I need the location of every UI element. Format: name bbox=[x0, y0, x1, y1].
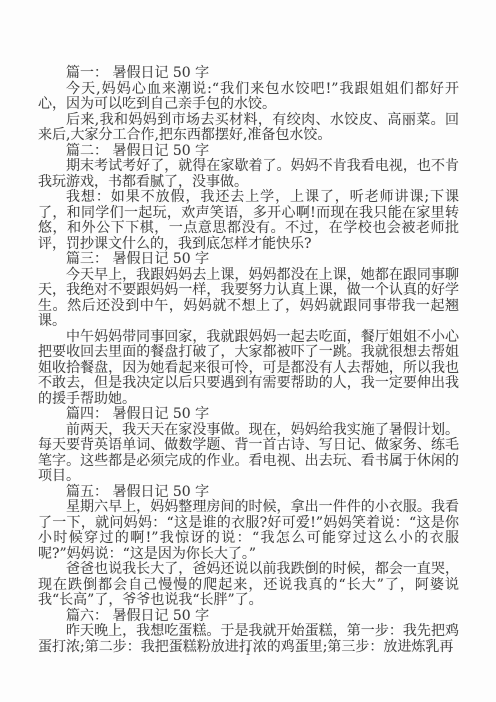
entry-paragraph: 前两天，我天天在家没事做。现在，妈妈给我实施了暑假计划。每天要背英语单词、做数学… bbox=[38, 423, 459, 485]
entry-paragraph: 期末考试考好了，就得在家歇着了。妈妈不肯我看电视，也不肯我玩游戏，书都看腻了，没… bbox=[38, 159, 459, 190]
diary-entry-3: 篇三： 暑假日记 50 字 今天早上，我跟妈妈去上课，妈妈都没在上课，她都在跟同… bbox=[38, 252, 459, 407]
entry-title: 篇二： 暑假日记 50 字 bbox=[38, 144, 459, 160]
entry-paragraph: 我想：如果不放假，我还去上学，上课了，听老师讲课;下课了，和同学们一起玩，欢声笑… bbox=[38, 190, 459, 252]
diary-entry-1: 篇一： 暑假日记 50 字 今天,妈妈心血来潮说:“我们来包水饺吧!”我跟姐姐们… bbox=[38, 66, 459, 144]
entry-title: 篇一： 暑假日记 50 字 bbox=[38, 66, 459, 82]
entry-title: 篇六： 暑假日记 50 字 bbox=[38, 609, 459, 625]
entry-paragraph: 后来,我和妈妈到市场去买材料，有绞肉、水饺皮、高丽菜。回来后,大家分工合作,把东… bbox=[38, 113, 459, 144]
document-page: 篇一： 暑假日记 50 字 今天,妈妈心血来潮说:“我们来包水饺吧!”我跟姐姐们… bbox=[0, 0, 496, 702]
entry-title: 篇三： 暑假日记 50 字 bbox=[38, 252, 459, 268]
diary-entry-4: 篇四： 暑假日记 50 字 前两天，我天天在家没事做。现在，妈妈给我实施了暑假计… bbox=[38, 407, 459, 485]
entry-paragraph: 今天早上，我跟妈妈去上课，妈妈都没在上课，她都在跟同事聊天，我绝对不要跟妈妈一样… bbox=[38, 268, 459, 330]
entry-paragraph: 中午妈妈带同事回家，我就跟妈妈一起去吃面，餐厅姐姐不小心把要收回去里面的餐盘打破… bbox=[38, 330, 459, 408]
entry-paragraph: 今天,妈妈心血来潮说:“我们来包水饺吧!”我跟姐姐们都好开心，因为可以吃到自己亲… bbox=[38, 82, 459, 113]
page-number: 1 bbox=[0, 648, 496, 658]
entry-title: 篇五： 暑假日记 50 字 bbox=[38, 485, 459, 501]
diary-entry-5: 篇五： 暑假日记 50 字 星期六早上，妈妈整理房间的时候，拿出一件件的小衣服。… bbox=[38, 485, 459, 609]
entry-paragraph: 星期六早上，妈妈整理房间的时候，拿出一件件的小衣服。我看了一下，就问妈妈：“这是… bbox=[38, 500, 459, 562]
document-body: 篇一： 暑假日记 50 字 今天,妈妈心血来潮说:“我们来包水饺吧!”我跟姐姐们… bbox=[38, 66, 459, 655]
diary-entry-2: 篇二： 暑假日记 50 字 期末考试考好了，就得在家歇着了。妈妈不肯我看电视，也… bbox=[38, 144, 459, 253]
entry-paragraph: 爸爸也说我长大了，爸妈还说以前我跌倒的时候，都会一直哭，现在跌倒都会自己慢慢的爬… bbox=[38, 562, 459, 609]
entry-title: 篇四： 暑假日记 50 字 bbox=[38, 407, 459, 423]
